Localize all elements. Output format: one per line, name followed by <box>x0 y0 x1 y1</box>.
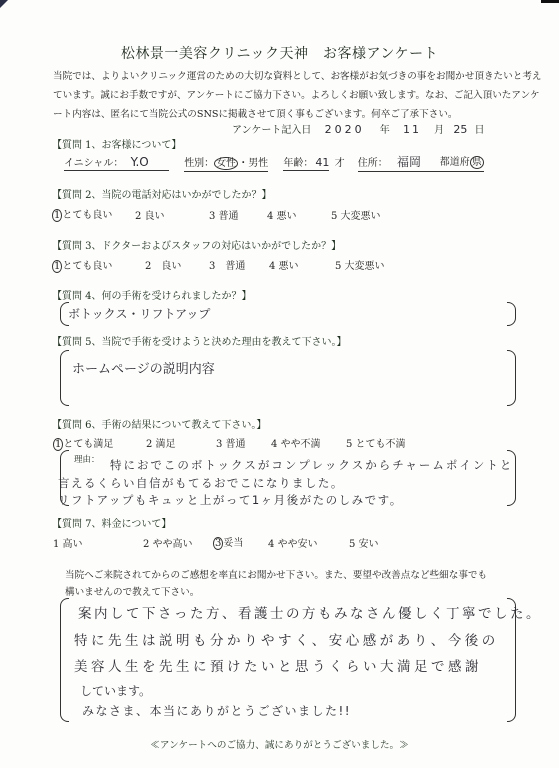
intro-line: ート内容は、匿名にて当院公式のSNSに掲載させて頂く事もございます。何卒ご了承下… <box>53 106 458 120</box>
prefecture-options: 都道府県 <box>440 153 484 169</box>
address-label: 住所： <box>358 158 388 169</box>
q3-option-2[interactable]: 2 良い <box>145 257 181 272</box>
gender-separator: ・ <box>238 158 248 169</box>
reason-line: 特におでこのボトックスがコンプレックスからチャームポイントと <box>110 457 513 473</box>
reason-label: 理由： <box>74 453 100 465</box>
q2-option-2[interactable]: 2 良い <box>135 207 165 222</box>
gender-option-female[interactable]: 女性 <box>214 157 238 170</box>
q6-option-4[interactable]: 4 やや不満 <box>271 435 321 450</box>
page-title: 松林景一美容クリニック天神 お客様アンケート <box>0 43 559 63</box>
prefecture-option-do[interactable]: 道 <box>450 157 460 168</box>
initial-field[interactable]: イニシャル： Y.O <box>64 154 169 171</box>
q6-title: 【質問 6、手術の結果について教えて下さい。】 <box>52 416 266 431</box>
gender-label: 性別： <box>184 158 214 169</box>
q6-option-1[interactable]: 1とても満足 <box>53 435 113 451</box>
date-month[interactable]: 11 <box>403 123 421 136</box>
comments-answer-line: 案内して下さった方、看護士の方もみなさん優しく丁寧でした。 <box>78 602 542 622</box>
comments-answer-line: 美容人生を先生に預けたいと思うくらい大満足で感謝 <box>74 655 482 675</box>
comments-prompt-line: 当院へご来院されてからのご感想を率直にお聞かせ下さい。また、要望や改善点など些細… <box>65 567 487 581</box>
bracket-left <box>60 350 69 406</box>
prefecture-option-to[interactable]: 都 <box>440 157 450 168</box>
age-value: 41 <box>315 156 329 169</box>
year-unit: 年 <box>380 125 390 136</box>
q2-title: 【質問 2、当院の電話対応はいかがでしたか？】 <box>52 186 272 201</box>
q7-option-1[interactable]: 1 高い <box>53 535 83 550</box>
gender-field: 性別：女性・男性 <box>184 154 268 172</box>
q5-title: 【質問 5、当院で手術を受けようと決めた理由を教えて下さい。】 <box>52 333 347 348</box>
q6-reason-box[interactable]: 理由： 特におでこのボトックスがコンプレックスからチャームポイントと 言えるくら… <box>60 450 516 506</box>
comments-answer-line: みなさま、本当にありがとうございました!! <box>82 702 351 719</box>
bracket-left <box>60 598 69 722</box>
q2-option-5[interactable]: 5 大変悪い <box>331 207 381 222</box>
reason-line: 言えるくらい自信がもてるおでこになりました。 <box>58 475 344 491</box>
address-value: 福岡 <box>397 155 421 169</box>
q7-option-2[interactable]: 2 やや高い <box>143 535 193 550</box>
survey-date: アンケート記入日 2020 年 11 月 25 日 <box>232 121 485 136</box>
q3-option-4[interactable]: 4 悪い <box>269 257 299 272</box>
q3-option-3[interactable]: 3 普通 <box>209 257 245 272</box>
prefecture-option-fu[interactable]: 府 <box>460 157 470 168</box>
q3-option-5[interactable]: 5 大変悪い <box>335 257 385 272</box>
date-year[interactable]: 2020 <box>325 123 365 136</box>
footer-thanks: ≪アンケートへのご協力、誠にありがとうございました。≫ <box>0 737 559 751</box>
age-label: 年齢： <box>283 158 313 169</box>
q7-option-5[interactable]: 5 安い <box>349 535 379 550</box>
selected-circle: 3 <box>213 537 223 550</box>
reason-line: リフトアップもキュッと上がって1ヶ月後がたのしみです。 <box>58 492 403 508</box>
q4-answer: ボトックス・リフトアップ <box>68 305 210 322</box>
prefecture-option-ken[interactable]: 県 <box>470 156 484 169</box>
q6-option-3[interactable]: 3 普通 <box>216 435 246 450</box>
option-label: とても満足 <box>63 439 113 450</box>
q1-customer-info: イニシャル： Y.O 性別：女性・男性 年齢：41 才 住所： 福岡 都道府県 <box>64 153 484 172</box>
option-label: とても良い <box>62 261 112 272</box>
q4-answer-box[interactable]: ボトックス・リフトアップ <box>60 302 516 326</box>
q1-title: 【質問 1、お客様について】 <box>52 136 181 151</box>
age-field[interactable]: 年齢：41 <box>283 154 329 171</box>
q6-option-5[interactable]: 5 とても不満 <box>346 435 406 450</box>
q6-option-2[interactable]: 2 満足 <box>146 435 176 450</box>
q3-title: 【質問 3、ドクターおよびスタッフの対応はいかがでしたか？】 <box>52 237 341 252</box>
q4-title: 【質問 4、何の手術を受けられましたか？】 <box>52 287 252 302</box>
q2-option-3[interactable]: 3 普通 <box>209 207 239 222</box>
option-label: とても良い <box>62 210 112 221</box>
q2-option-1[interactable]: 1とても良い <box>52 206 112 222</box>
selected-circle: 1 <box>52 209 62 222</box>
month-unit: 月 <box>434 125 444 136</box>
date-label: アンケート記入日 <box>232 125 311 136</box>
q7-option-4[interactable]: 4 やや安い <box>268 535 318 550</box>
intro-line: 当院では、よりよいクリニック運営のための大切な資料として、お客様がお気づきの事を… <box>53 68 542 82</box>
initial-value: Y.O <box>131 155 149 169</box>
gender-option-male[interactable]: 男性 <box>248 158 268 169</box>
day-unit: 日 <box>475 125 485 136</box>
age-unit: 才 <box>335 158 345 169</box>
option-label: 妥当 <box>223 538 243 549</box>
initial-label: イニシャル： <box>64 158 123 169</box>
scan-artifact <box>0 0 8 8</box>
q7-option-3[interactable]: 3妥当 <box>213 534 243 550</box>
address-field[interactable]: 住所： 福岡 都道府県 <box>358 153 484 172</box>
q2-option-4[interactable]: 4 悪い <box>267 207 297 222</box>
comments-answer-line: 特に先生は説明も分かりやすく、安心感があり、今後の <box>74 629 499 649</box>
q3-option-1[interactable]: 1とても良い <box>52 257 112 273</box>
comments-prompt-line: 構いませんので教えて下さい。 <box>65 584 199 598</box>
date-day[interactable]: 25 <box>453 123 467 136</box>
scan-artifact <box>541 0 559 3</box>
q5-answer: ホームページの説明内容 <box>72 358 215 377</box>
comments-answer-line: しています。 <box>80 682 151 699</box>
bracket-right <box>507 302 516 326</box>
bracket-right <box>507 350 516 406</box>
q5-answer-box[interactable]: ホームページの説明内容 <box>60 350 516 406</box>
intro-line: ています。誠にお手数ですが、アンケートにご協力下さい。よろしくお願い致します。な… <box>53 87 540 101</box>
selected-circle: 1 <box>52 260 62 273</box>
q7-title: 【質問 7、料金について】 <box>52 515 171 530</box>
comments-answer-box[interactable]: 案内して下さった方、看護士の方もみなさん優しく丁寧でした。 特に先生は説明も分か… <box>60 598 516 722</box>
